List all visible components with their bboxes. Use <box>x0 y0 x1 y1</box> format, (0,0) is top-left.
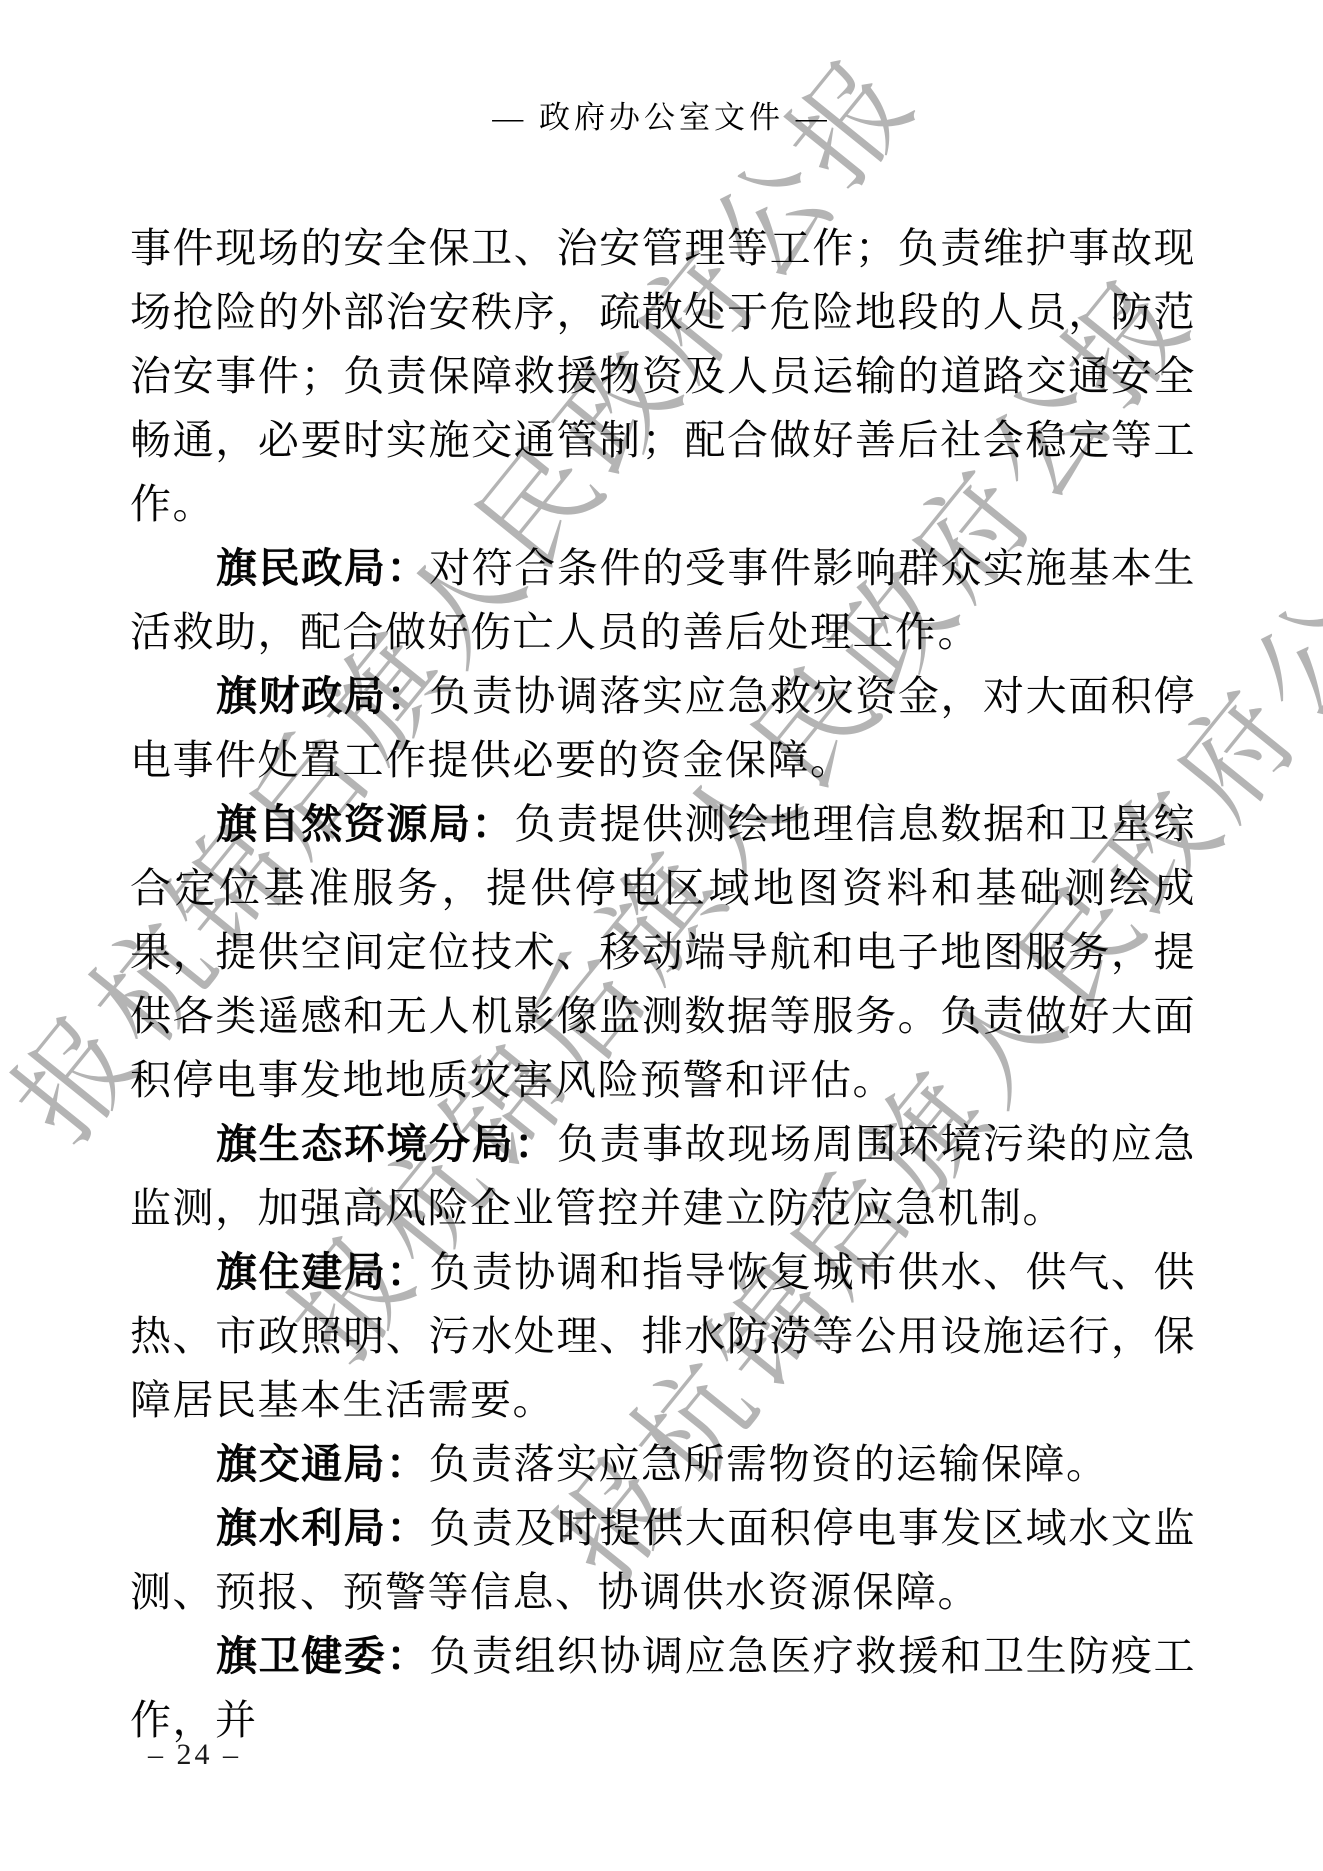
bureau-name: 旗交通局： <box>216 1441 429 1487</box>
bureau-name: 旗生态环境分局： <box>216 1121 557 1167</box>
page-number: – 24 – <box>148 1738 241 1772</box>
header-title: — 政府办公室文件 — <box>492 100 831 135</box>
paragraph: 事件现场的安全保卫、治安管理等工作；负责维护事故现场抢险的外部治安秩序，疏散处于… <box>130 216 1196 536</box>
paragraph: 旗自然资源局：负责提供测绘地理信息数据和卫星综合定位基准服务，提供停电区域地图资… <box>130 792 1196 1112</box>
page-number-text: – 24 – <box>148 1738 241 1771</box>
bureau-name: 旗住建局： <box>216 1249 429 1295</box>
document-content: — 政府办公室文件 — 事件现场的安全保卫、治安管理等工作；负责维护事故现场抢险… <box>0 0 1323 1871</box>
bureau-name: 旗财政局： <box>216 673 429 719</box>
paragraph-text: 负责落实应急所需物资的运输保障。 <box>429 1441 1109 1487</box>
paragraph: 旗水利局：负责及时提供大面积停电事发区域水文监测、预报、预警等信息、协调供水资源… <box>130 1496 1196 1624</box>
document-body: 事件现场的安全保卫、治安管理等工作；负责维护事故现场抢险的外部治安秩序，疏散处于… <box>130 216 1196 1752</box>
bureau-name: 旗自然资源局： <box>216 801 514 847</box>
paragraph: 旗财政局：负责协调落实应急救灾资金，对大面积停电事件处置工作提供必要的资金保障。 <box>130 664 1196 792</box>
bureau-name: 旗民政局： <box>216 545 429 591</box>
paragraph: 旗民政局：对符合条件的受事件影响群众实施基本生活救助，配合做好伤亡人员的善后处理… <box>130 536 1196 664</box>
bureau-name: 旗水利局： <box>216 1505 429 1551</box>
bureau-name: 旗卫健委： <box>216 1633 429 1679</box>
page-header: — 政府办公室文件 — <box>0 92 1323 137</box>
paragraph: 旗住建局：负责协调和指导恢复城市供水、供气、供热、市政照明、污水处理、排水防涝等… <box>130 1240 1196 1432</box>
paragraph-text: 事件现场的安全保卫、治安管理等工作；负责维护事故现场抢险的外部治安秩序，疏散处于… <box>130 225 1196 527</box>
paragraph: 旗卫健委：负责组织协调应急医疗救援和卫生防疫工作，并 <box>130 1624 1196 1752</box>
paragraph: 旗交通局：负责落实应急所需物资的运输保障。 <box>130 1432 1196 1496</box>
paragraph: 旗生态环境分局：负责事故现场周围环境污染的应急监测，加强高风险企业管控并建立防范… <box>130 1112 1196 1240</box>
document-page: 报杭锦后旗人民政府公报 报杭锦后旗人民政府公报 报杭锦后旗人民政府公报 — 政府… <box>0 0 1323 1871</box>
